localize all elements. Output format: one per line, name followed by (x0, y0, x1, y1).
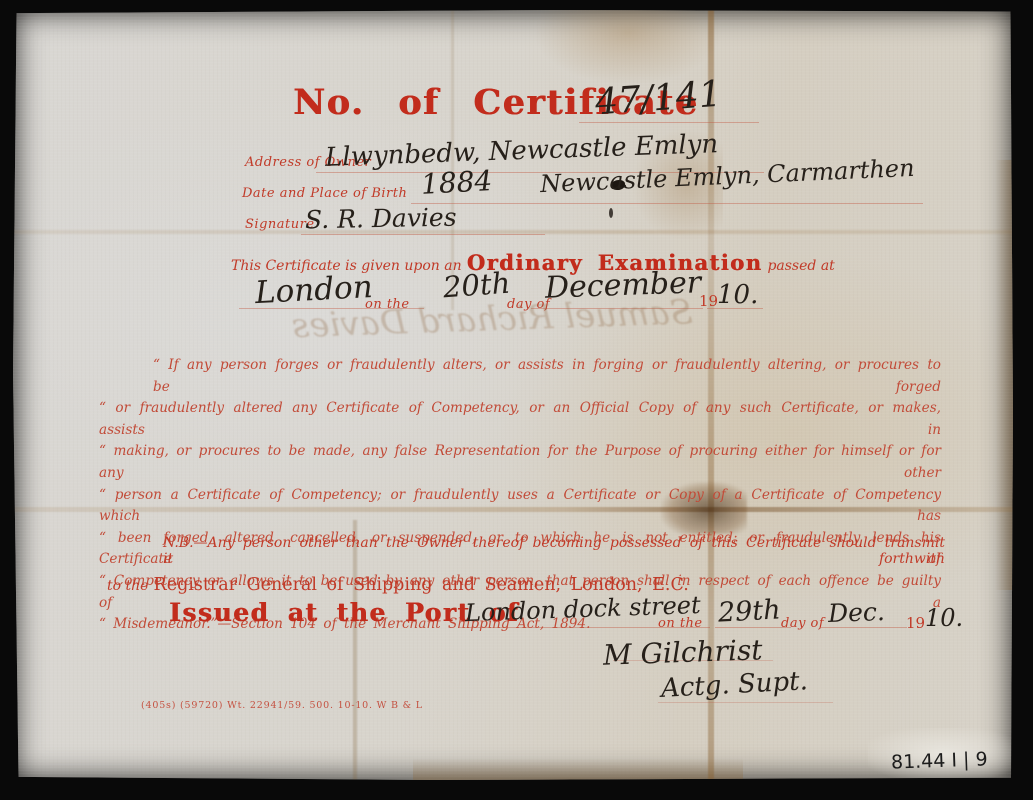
official-signature: M Gilchrist (602, 633, 763, 672)
certificate-paper: No. of Certificate 47/141 Address of Own… (13, 10, 1013, 780)
legal-line: “ or fraudulently altered any Certificat… (99, 398, 941, 441)
issue-day-of-label: day of (781, 616, 824, 631)
photograph: No. of Certificate 47/141 Address of Own… (0, 0, 1033, 800)
nb-notice-line2: to the Registrar General of Shipping and… (107, 575, 945, 595)
issue-year-value: 10. (925, 604, 963, 632)
write-in-rule (411, 203, 923, 204)
nb-notice-to-the: to the (107, 578, 148, 594)
issue-day-value: 29th (717, 594, 781, 628)
examination-year-value: 10. (717, 280, 758, 310)
registrar-general-text: Registrar General of Shipping and Seamen… (154, 575, 689, 595)
nb-notice-line1: N.B.—Any person other than the Owner the… (107, 535, 945, 567)
examination-suffix: passed at (767, 258, 834, 274)
issue-month-value: Dec. (828, 597, 886, 628)
write-in-rule (301, 234, 545, 235)
legal-line: “ person a Certificate of Competency; or… (99, 485, 941, 528)
archive-number: 81.44 I | 9 (891, 748, 988, 773)
year-printed-prefix: 19 (699, 292, 718, 310)
issue-on-the-label: on the (658, 616, 703, 631)
birth-year-value: 1884 (420, 164, 493, 201)
stain (413, 758, 743, 780)
certificate-number: 47/141 (594, 74, 723, 124)
stain (533, 10, 723, 85)
ink-blot (609, 208, 613, 218)
stain (995, 160, 1013, 590)
legal-line: “ making, or procures to be made, any fa… (99, 441, 941, 484)
date-place-of-birth-label: Date and Place of Birth (242, 186, 407, 201)
nb-notice: N.B.—Any person other than the Owner the… (107, 535, 945, 595)
printer-imprint: (405s) (59720) Wt. 22941/59. 500. 10-10.… (141, 700, 423, 711)
official-role: Actg. Supt. (660, 666, 808, 704)
owner-signature-value: S. R. Davies (305, 203, 457, 235)
legal-line: “ If any person forges or fraudulently a… (99, 355, 941, 398)
showthrough-signature: Samuel Richard Davies (132, 292, 693, 352)
issue-year-printed-prefix: 19 (906, 614, 925, 632)
